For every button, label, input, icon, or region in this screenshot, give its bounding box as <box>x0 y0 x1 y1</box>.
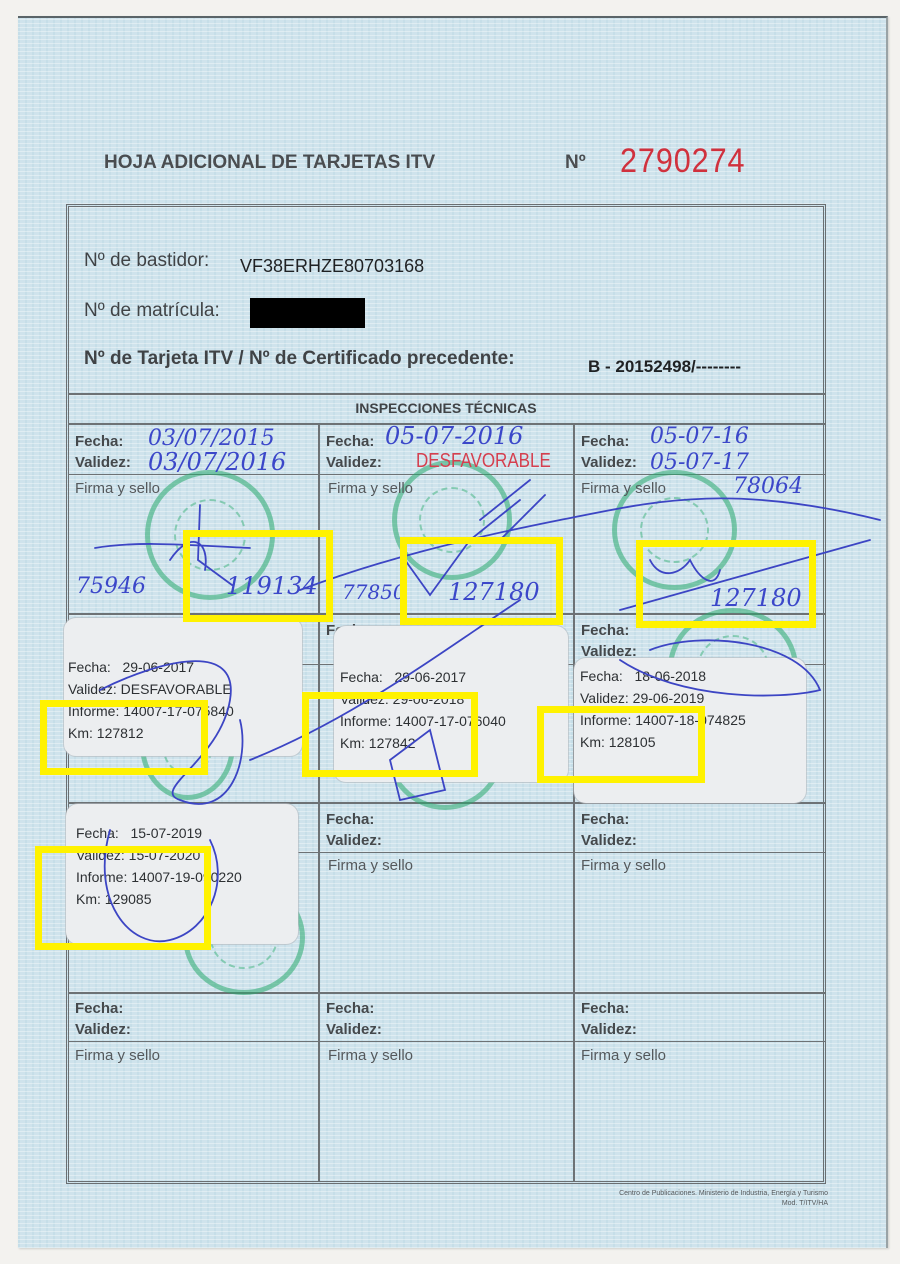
matricula-label: Nº de matrícula: <box>84 300 220 322</box>
fecha-label: Fecha: <box>581 809 629 830</box>
fecha-label: Fecha: <box>326 809 374 830</box>
bastidor-label: Nº de bastidor: <box>84 250 209 272</box>
firma-label: Firma y sello <box>75 480 160 497</box>
handwritten-km: 127180 <box>710 584 802 612</box>
matricula-redacted <box>250 298 365 328</box>
firma-label: Firma y sello <box>581 480 666 497</box>
handwritten-note: 77850 <box>342 580 406 604</box>
divider <box>68 1041 825 1042</box>
validez-label: Validez: <box>581 830 637 851</box>
footer-model: Mod. T/ITV/HA <box>500 1200 828 1207</box>
tarjeta-value: B - 20152498/-------- <box>588 357 741 377</box>
fecha-label: Fecha: <box>581 998 629 1019</box>
inspection-sticker: Fecha: 29-06-2017 Validez: 29-06-2018 In… <box>334 626 568 782</box>
validez-label: Validez: <box>326 830 382 851</box>
bastidor-value: VF38ERHZE80703168 <box>240 256 424 277</box>
handwritten-note: 75946 <box>76 574 146 599</box>
validez-label: Validez: <box>75 452 131 473</box>
handwritten-fecha: 05-07-16 <box>650 424 749 449</box>
validez-label: Validez: <box>581 1019 637 1040</box>
fecha-label: Fecha: <box>326 431 374 452</box>
firma-label: Firma y sello <box>581 1047 666 1064</box>
firma-label: Firma y sello <box>328 857 413 874</box>
inspection-sticker: Fecha: 15-07-2019 Validez: 15-07-2020 In… <box>66 804 298 944</box>
fecha-label: Fecha: <box>326 998 374 1019</box>
handwritten-km: 127180 <box>448 578 540 606</box>
inspection-sticker: Fecha: 18-06-2018 Validez: 29-06-2019 In… <box>574 658 806 803</box>
validez-label: Validez: <box>326 452 382 473</box>
divider <box>68 393 825 395</box>
validez-label: Validez: <box>581 452 637 473</box>
firma-label: Firma y sello <box>581 857 666 874</box>
handwritten-note: 78064 <box>733 474 803 499</box>
section-title: INSPECCIONES TÉCNICAS <box>66 400 826 416</box>
document-title: HOJA ADICIONAL DE TARJETAS ITV <box>104 152 435 174</box>
serial-number: 2790274 <box>620 142 745 181</box>
desfavorable-stamp: DESFAVORABLE <box>416 450 551 473</box>
firma-label: Firma y sello <box>328 480 413 497</box>
footer-publisher: Centro de Publicaciones. Ministerio de I… <box>500 1190 828 1197</box>
handwritten-validez: 05-07-17 <box>650 450 749 475</box>
handwritten-km: 119134 <box>226 572 318 600</box>
fecha-label: Fecha: <box>581 431 629 452</box>
green-seal-icon <box>392 460 512 580</box>
divider <box>68 992 825 994</box>
number-label: Nº <box>565 152 586 174</box>
validez-label: Validez: <box>75 1019 131 1040</box>
firma-label: Firma y sello <box>328 1047 413 1064</box>
handwritten-validez: 03/07/2016 <box>148 448 286 476</box>
fecha-label: Fecha: <box>581 620 629 641</box>
validez-label: Validez: <box>326 1019 382 1040</box>
inspection-sticker: Fecha: 29-06-2017 Validez: DESFAVORABLE … <box>64 618 302 756</box>
tarjeta-label: Nº de Tarjeta ITV / Nº de Certificado pr… <box>84 348 515 370</box>
fecha-label: Fecha: <box>75 998 123 1019</box>
handwritten-fecha: 05-07-2016 <box>385 422 523 450</box>
firma-label: Firma y sello <box>75 1047 160 1064</box>
fecha-label: Fecha: <box>75 431 123 452</box>
